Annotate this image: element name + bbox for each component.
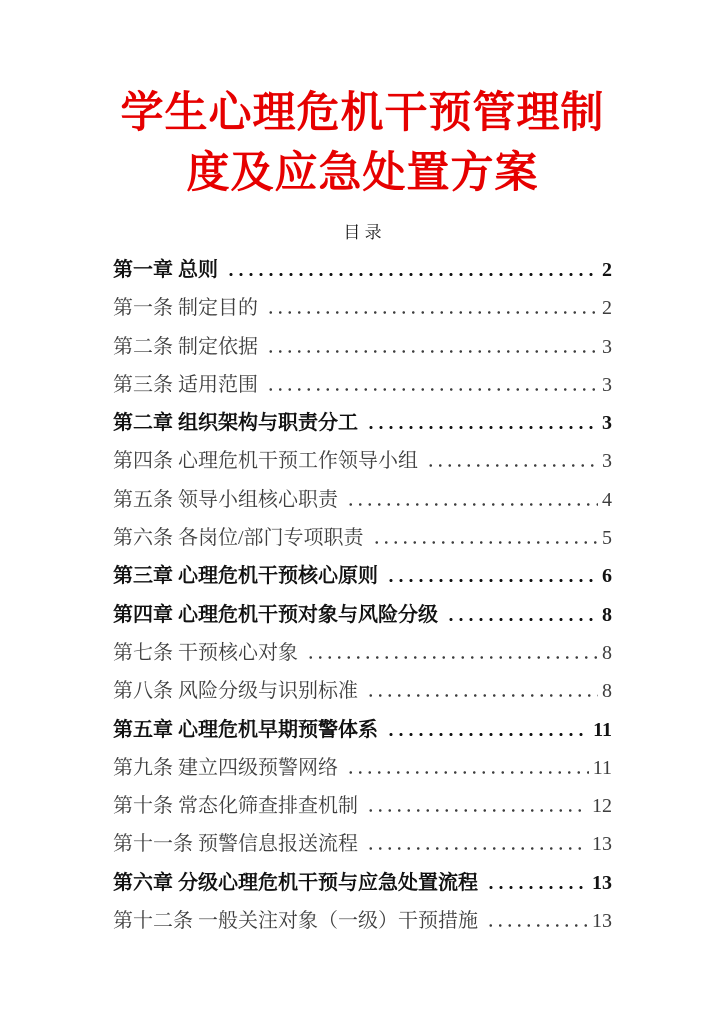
- dot-leader: [386, 577, 598, 582]
- dot-leader: [306, 654, 598, 659]
- toc-entry-label: 第四章 心理危机干预对象与风险分级: [113, 596, 438, 634]
- toc-entry-label: 第十二条 一般关注对象（一级）干预措施: [113, 902, 478, 940]
- dot-leader: [486, 884, 588, 889]
- toc-entry-label: 第十条 常态化筛查排查机制: [113, 787, 358, 825]
- toc-entry-page: 13: [592, 902, 612, 940]
- toc-entry[interactable]: 第四章 心理危机干预对象与风险分级8: [113, 596, 612, 634]
- toc-entry-label: 第六条 各岗位/部门专项职责: [113, 519, 364, 557]
- toc-entry-page: 11: [593, 749, 612, 787]
- document-title: 学生心理危机干预管理制 度及应急处置方案: [113, 84, 612, 204]
- toc-entry-page: 4: [602, 481, 612, 519]
- dot-leader: [486, 922, 588, 927]
- toc-entry-label: 第一章 总则: [113, 251, 218, 289]
- toc-entry-label: 第五章 心理危机早期预警体系: [113, 711, 378, 749]
- dot-leader: [346, 501, 598, 506]
- toc-entry-label: 第三条 适用范围: [113, 366, 258, 404]
- toc-list: 第一章 总则2第一条 制定目的2第二条 制定依据3第三条 适用范围3第二章 组织…: [113, 251, 612, 940]
- toc-entry-label: 第九条 建立四级预警网络: [113, 749, 338, 787]
- toc-entry-page: 3: [602, 404, 612, 442]
- toc-entry[interactable]: 第五章 心理危机早期预警体系11: [113, 711, 612, 749]
- toc-entry[interactable]: 第八条 风险分级与识别标准8: [113, 672, 612, 710]
- toc-entry-page: 3: [602, 366, 612, 404]
- toc-entry[interactable]: 第一条 制定目的2: [113, 289, 612, 327]
- toc-entry-page: 8: [602, 672, 612, 710]
- dot-leader: [266, 309, 598, 314]
- toc-entry-label: 第四条 心理危机干预工作领导小组: [113, 442, 418, 480]
- title-line-1: 学生心理危机干预管理制: [113, 84, 612, 144]
- toc-entry-label: 第六章 分级心理危机干预与应急处置流程: [113, 864, 478, 902]
- toc-entry[interactable]: 第九条 建立四级预警网络11: [113, 749, 612, 787]
- toc-entry-label: 第八条 风险分级与识别标准: [113, 672, 358, 710]
- toc-entry-page: 13: [592, 864, 612, 902]
- dot-leader: [366, 845, 588, 850]
- toc-entry-label: 第十一条 预警信息报送流程: [113, 825, 358, 863]
- toc-entry[interactable]: 第五条 领导小组核心职责4: [113, 481, 612, 519]
- toc-entry[interactable]: 第六章 分级心理危机干预与应急处置流程13: [113, 864, 612, 902]
- dot-leader: [446, 616, 598, 621]
- toc-entry[interactable]: 第三条 适用范围3: [113, 366, 612, 404]
- toc-entry-label: 第二条 制定依据: [113, 328, 258, 366]
- dot-leader: [366, 424, 598, 429]
- toc-entry[interactable]: 第二章 组织架构与职责分工3: [113, 404, 612, 442]
- dot-leader: [366, 692, 598, 697]
- dot-leader: [266, 348, 598, 353]
- toc-entry-label: 第三章 心理危机干预核心原则: [113, 557, 378, 595]
- toc-entry-page: 3: [602, 442, 612, 480]
- toc-entry[interactable]: 第七条 干预核心对象8: [113, 634, 612, 672]
- dot-leader: [266, 386, 598, 391]
- dot-leader: [426, 462, 598, 467]
- dot-leader: [386, 731, 589, 736]
- toc-entry-page: 11: [593, 711, 612, 749]
- toc-entry-page: 5: [602, 519, 612, 557]
- toc-entry-page: 8: [602, 634, 612, 672]
- toc-entry[interactable]: 第三章 心理危机干预核心原则6: [113, 557, 612, 595]
- toc-entry[interactable]: 第一章 总则2: [113, 251, 612, 289]
- toc-entry[interactable]: 第六条 各岗位/部门专项职责5: [113, 519, 612, 557]
- toc-entry-label: 第五条 领导小组核心职责: [113, 481, 338, 519]
- toc-entry[interactable]: 第四条 心理危机干预工作领导小组3: [113, 442, 612, 480]
- toc-entry-page: 8: [602, 596, 612, 634]
- dot-leader: [366, 807, 588, 812]
- document-page: 学生心理危机干预管理制 度及应急处置方案 目 录 第一章 总则2第一条 制定目的…: [0, 0, 724, 1024]
- dot-leader: [346, 769, 589, 774]
- dot-leader: [372, 539, 598, 544]
- toc-entry[interactable]: 第十一条 预警信息报送流程13: [113, 825, 612, 863]
- toc-entry-label: 第七条 干预核心对象: [113, 634, 298, 672]
- toc-entry-page: 13: [592, 825, 612, 863]
- toc-entry-page: 6: [602, 557, 612, 595]
- dot-leader: [226, 271, 598, 276]
- toc-entry[interactable]: 第二条 制定依据3: [113, 328, 612, 366]
- toc-entry[interactable]: 第十条 常态化筛查排查机制12: [113, 787, 612, 825]
- toc-entry-page: 2: [602, 251, 612, 289]
- toc-entry-label: 第二章 组织架构与职责分工: [113, 404, 358, 442]
- toc-entry-page: 12: [592, 787, 612, 825]
- toc-entry[interactable]: 第十二条 一般关注对象（一级）干预措施13: [113, 902, 612, 940]
- toc-entry-label: 第一条 制定目的: [113, 289, 258, 327]
- title-line-2: 度及应急处置方案: [113, 144, 612, 204]
- toc-entry-page: 2: [602, 289, 612, 327]
- toc-entry-page: 3: [602, 328, 612, 366]
- toc-heading: 目 录: [113, 220, 612, 246]
